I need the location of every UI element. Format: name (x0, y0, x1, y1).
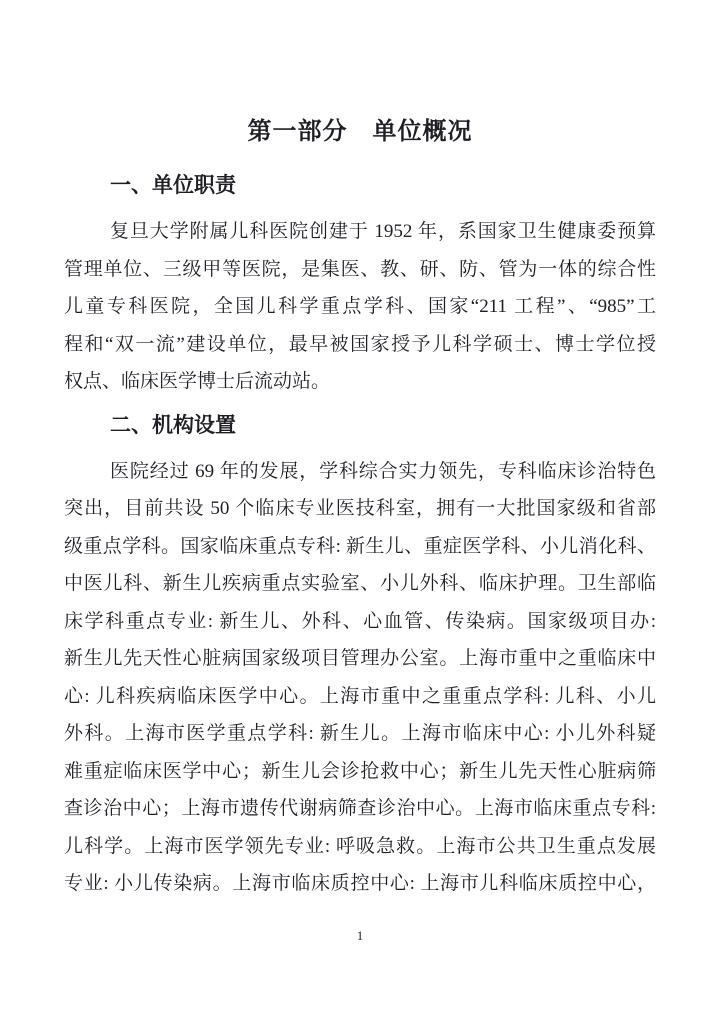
doc-line: 心: 儿科疾病临床医学中心。上海市重中之重重点学科: 儿科、小儿 (64, 678, 656, 716)
page-number: 1 (64, 927, 656, 945)
doc-line: 新生儿先天性心脏病国家级项目管理办公室。上海市重中之重临床中 (64, 640, 656, 678)
doc-line: 复旦大学附属儿科医院创建于 1952 年，系国家卫生健康委预算 (64, 213, 656, 251)
section-heading-organization-setup: 二、机构设置 (64, 413, 656, 439)
page-content: 第一部分 单位概况 一、单位职责 复旦大学附属儿科医院创建于 1952 年，系国… (0, 0, 720, 945)
doc-line: 儿童专科医院，全国儿科学重点学科、国家“211 工程”、“985”工 (64, 288, 656, 326)
doc-line: 儿科学。上海市医学领先专业: 呼吸急救。上海市公共卫生重点发展 (64, 828, 656, 866)
doc-line: 专业: 小儿传染病。上海市临床质控中心: 上海市儿科临床质控中心， (64, 865, 656, 903)
doc-line: 程和“双一流”建设单位，最早被国家授予儿科学硕士、博士学位授 (64, 326, 656, 364)
doc-line: 外科。上海市医学重点学科: 新生儿。上海市临床中心: 小儿外科疑 (64, 715, 656, 753)
document-title: 第一部分 单位概况 (64, 117, 656, 147)
section-heading-unit-duties: 一、单位职责 (64, 173, 656, 199)
doc-line: 权点、临床医学博士后流动站。 (64, 363, 656, 401)
doc-line: 医院经过 69 年的发展，学科综合实力领先，专科临床诊治特色 (64, 453, 656, 491)
doc-line: 难重症临床医学中心；新生儿会诊抢救中心；新生儿先天性心脏病筛 (64, 753, 656, 791)
document-page: 第一部分 单位概况 一、单位职责 复旦大学附属儿科医院创建于 1952 年，系国… (0, 0, 720, 1018)
doc-line: 管理单位、三级甲等医院，是集医、教、研、防、管为一体的综合性 (64, 251, 656, 289)
doc-line: 突出，目前共设 50 个临床专业医技科室，拥有一大批国家级和省部 (64, 490, 656, 528)
paragraph-organization-setup: 医院经过 69 年的发展，学科综合实力领先，专科临床诊治特色 突出，目前共设 5… (64, 453, 656, 903)
doc-line: 查诊治中心；上海市遗传代谢病筛查诊治中心。上海市临床重点专科: (64, 790, 656, 828)
paragraph-unit-duties: 复旦大学附属儿科医院创建于 1952 年，系国家卫生健康委预算 管理单位、三级甲… (64, 213, 656, 401)
doc-line: 床学科重点专业: 新生儿、外科、心血管、传染病。国家级项目办: (64, 603, 656, 641)
doc-line: 中医儿科、新生儿疾病重点实验室、小儿外科、临床护理。卫生部临 (64, 565, 656, 603)
doc-line: 级重点学科。国家临床重点专科: 新生儿、重症医学科、小儿消化科、 (64, 528, 656, 566)
